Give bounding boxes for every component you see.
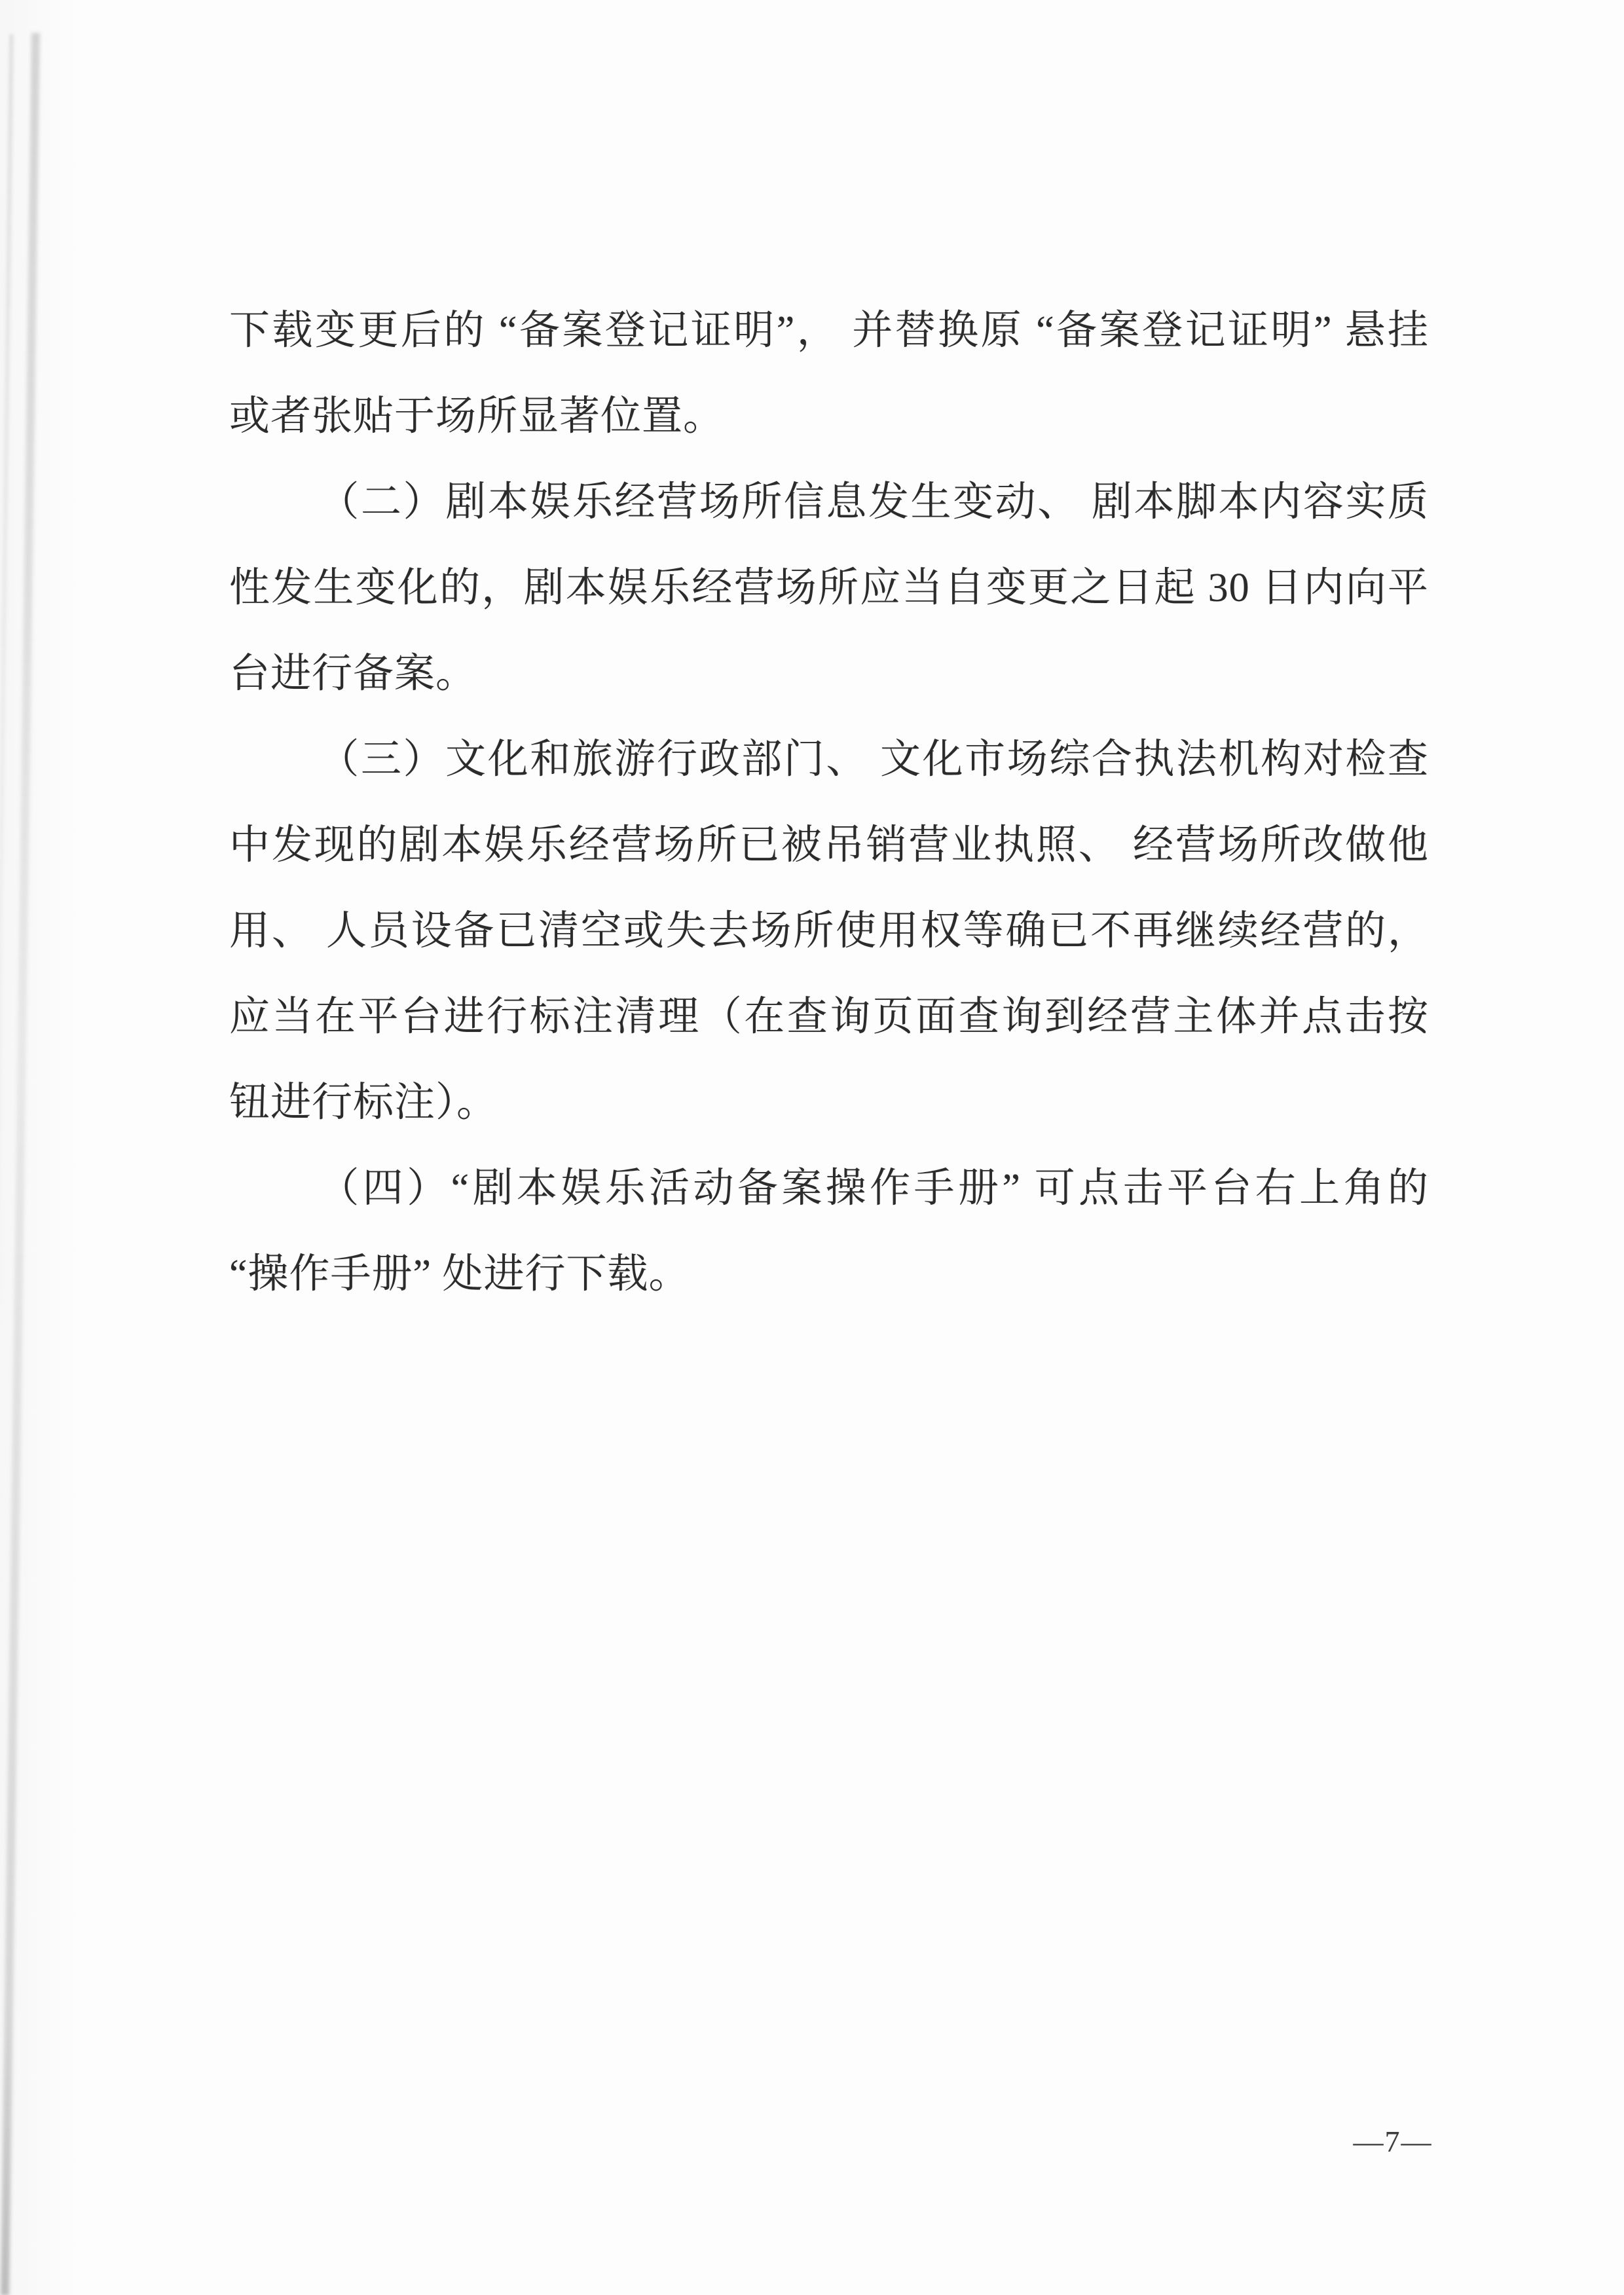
- text-line: 或者张贴于场所显著位置。: [229, 374, 1429, 460]
- text-line: 下载变更后的 “备案登记证明”， 并替换原 “备案登记证明” 悬挂: [229, 288, 1429, 374]
- text-line: 用、 人员设备已清空或失去场所使用权等确已不再继续经营的，: [229, 889, 1429, 974]
- text-line: 性发生变化的，剧本娱乐经营场所应当自变更之日起 30 日内向平: [229, 545, 1429, 631]
- text-line: （二）剧本娱乐经营场所信息发生变动、 剧本脚本内容实质: [229, 460, 1429, 545]
- page-number: —7—: [1344, 2124, 1442, 2159]
- text-line: 钮进行标注）。: [229, 1060, 1429, 1146]
- text-line: 中发现的剧本娱乐经营场所已被吊销营业执照、 经营场所改做他: [229, 803, 1429, 889]
- text-line: （三）文化和旅游行政部门、 文化市场综合执法机构对检查: [229, 717, 1429, 803]
- document-page: 下载变更后的 “备案登记证明”， 并替换原 “备案登记证明” 悬挂或者张贴于场所…: [0, 0, 1624, 2295]
- text-line: 台进行备案。: [229, 631, 1429, 717]
- document-body: 下载变更后的 “备案登记证明”， 并替换原 “备案登记证明” 悬挂或者张贴于场所…: [229, 288, 1429, 1317]
- text-line: 应当在平台进行标注清理（在查询页面查询到经营主体并点击按: [229, 974, 1429, 1060]
- text-line: “操作手册” 处进行下载。: [229, 1232, 1429, 1317]
- text-line: （四）“剧本娱乐活动备案操作手册” 可点击平台右上角的: [229, 1146, 1429, 1232]
